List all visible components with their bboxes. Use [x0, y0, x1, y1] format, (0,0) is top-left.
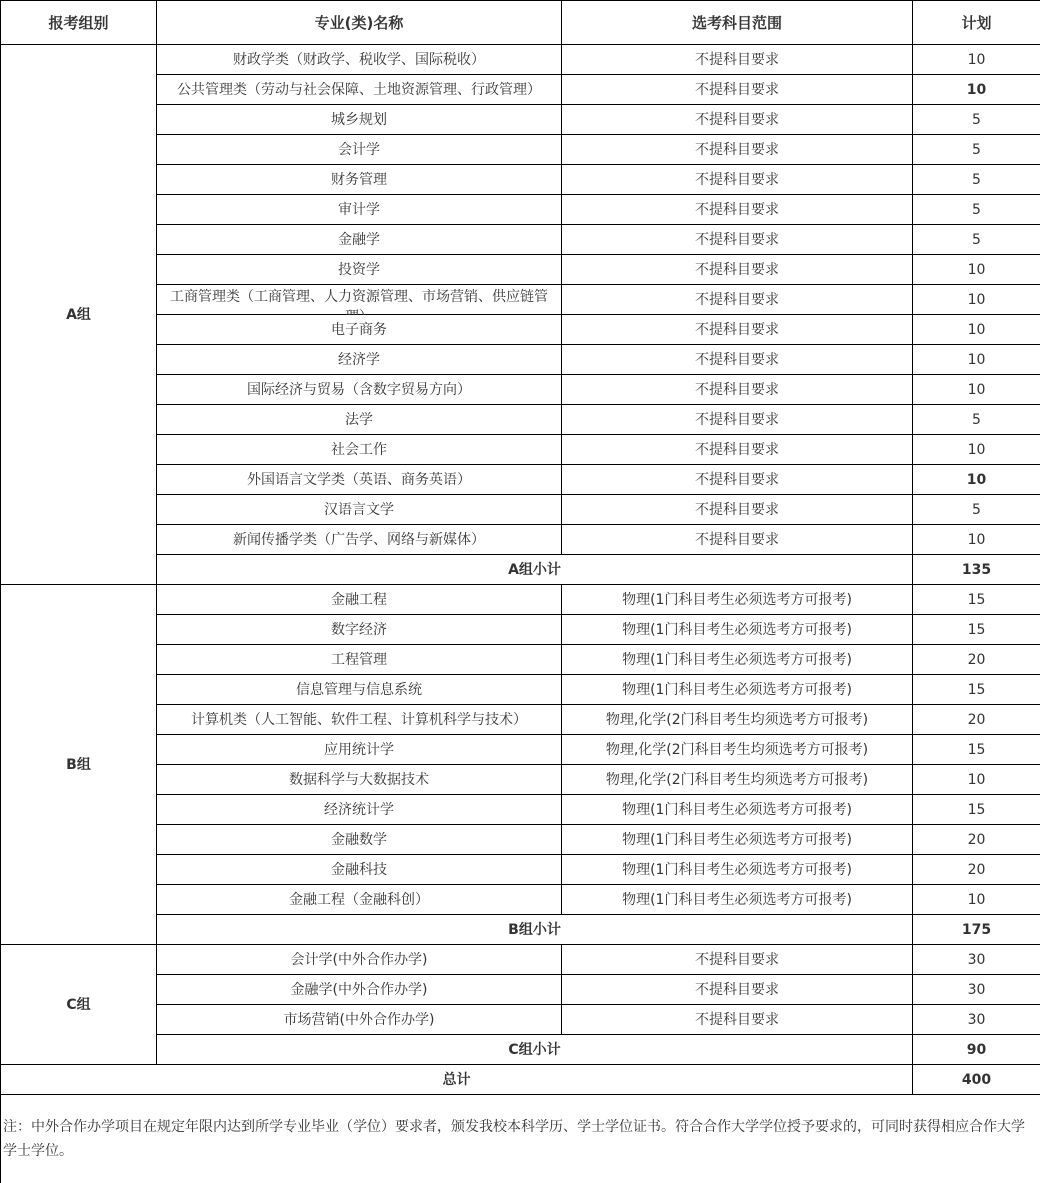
subjects-cell: 不提科目要求 — [562, 495, 913, 525]
plan-cell: 15 — [913, 585, 1040, 615]
subjects-cell: 不提科目要求 — [562, 255, 913, 285]
major-cell: 会计学(中外合作办学) — [157, 945, 562, 975]
plan-cell: 20 — [913, 855, 1040, 885]
subjects-cell: 物理,化学(2门科目考生均须选考方可报考) — [562, 705, 913, 735]
major-cell: 新闻传播学类（广告学、网络与新媒体） — [157, 525, 562, 555]
group-label-b: B组 — [1, 585, 157, 945]
major-cell-overflow: 工商管理类（工商管理、人力资源管理、市场营销、供应链管理） — [157, 285, 562, 315]
subjects-cell: 物理(1门科目考生必须选考方可报考) — [562, 795, 913, 825]
table-row: 计算机类（人工智能、软件工程、计算机科学与技术） 物理,化学(2门科目考生均须选… — [1, 705, 1040, 735]
table-row: 经济学 不提科目要求 10 — [1, 345, 1040, 375]
plan-cell: 5 — [913, 165, 1040, 195]
plan-cell: 30 — [913, 975, 1040, 1005]
major-cell: 汉语言文学 — [157, 495, 562, 525]
subjects-cell: 不提科目要求 — [562, 315, 913, 345]
header-plan: 计划 — [913, 1, 1040, 45]
footnote: 注：中外合作办学项目在规定年限内达到所学专业毕业（学位）要求者，颁发我校本科学历… — [1, 1095, 1040, 1183]
subjects-cell: 物理(1门科目考生必须选考方可报考) — [562, 645, 913, 675]
major-cell: 法学 — [157, 405, 562, 435]
major-cell: 经济统计学 — [157, 795, 562, 825]
major-cell: 计算机类（人工智能、软件工程、计算机科学与技术） — [157, 705, 562, 735]
major-cell: 公共管理类（劳动与社会保障、土地资源管理、行政管理） — [157, 75, 562, 105]
header-subjects: 选考科目范围 — [562, 1, 913, 45]
major-cell: 投资学 — [157, 255, 562, 285]
subjects-cell: 不提科目要求 — [562, 105, 913, 135]
plan-cell: 10 — [913, 285, 1040, 315]
header-row: 报考组别 专业(类)名称 选考科目范围 计划 — [1, 1, 1040, 45]
plan-cell: 10 — [913, 315, 1040, 345]
plan-cell: 15 — [913, 795, 1040, 825]
subjects-cell: 不提科目要求 — [562, 975, 913, 1005]
plan-cell: 20 — [913, 825, 1040, 855]
table-row: A组 财政学类（财政学、税收学、国际税收） 不提科目要求 10 — [1, 45, 1040, 75]
plan-cell: 10 — [913, 255, 1040, 285]
table-row: 投资学 不提科目要求 10 — [1, 255, 1040, 285]
table-row: 金融科技 物理(1门科目考生必须选考方可报考) 20 — [1, 855, 1040, 885]
header-major: 专业(类)名称 — [157, 1, 562, 45]
table-row: 电子商务 不提科目要求 10 — [1, 315, 1040, 345]
table-row: 应用统计学 物理,化学(2门科目考生均须选考方可报考) 15 — [1, 735, 1040, 765]
header-group: 报考组别 — [1, 1, 157, 45]
note-row: 注：中外合作办学项目在规定年限内达到所学专业毕业（学位）要求者，颁发我校本科学历… — [1, 1095, 1040, 1183]
plan-cell: 5 — [913, 105, 1040, 135]
major-cell: 市场营销(中外合作办学) — [157, 1005, 562, 1035]
subtotal-label: B组小计 — [157, 915, 913, 945]
subjects-cell: 不提科目要求 — [562, 75, 913, 105]
enrollment-plan-table: 报考组别 专业(类)名称 选考科目范围 计划 A组 财政学类（财政学、税收学、国… — [0, 0, 1040, 1183]
plan-cell: 5 — [913, 195, 1040, 225]
group-label-a: A组 — [1, 45, 157, 585]
major-cell: 城乡规划 — [157, 105, 562, 135]
table-row: 财务管理 不提科目要求 5 — [1, 165, 1040, 195]
subtotal-row-a: A组小计 135 — [1, 555, 1040, 585]
plan-cell: 10 — [913, 885, 1040, 915]
table-row: 会计学 不提科目要求 5 — [1, 135, 1040, 165]
major-cell: 金融学(中外合作办学) — [157, 975, 562, 1005]
table-row: 国际经济与贸易（含数字贸易方向） 不提科目要求 10 — [1, 375, 1040, 405]
subjects-cell: 不提科目要求 — [562, 405, 913, 435]
subjects-cell: 物理,化学(2门科目考生均须选考方可报考) — [562, 735, 913, 765]
plan-cell: 10 — [913, 75, 1040, 105]
subtotal-row-b: B组小计 175 — [1, 915, 1040, 945]
plan-cell: 15 — [913, 735, 1040, 765]
total-label: 总计 — [1, 1065, 913, 1095]
subjects-cell: 不提科目要求 — [562, 345, 913, 375]
subtotal-label: C组小计 — [157, 1035, 913, 1065]
major-cell: 信息管理与信息系统 — [157, 675, 562, 705]
subtotal-value: 90 — [913, 1035, 1040, 1065]
subjects-cell: 不提科目要求 — [562, 945, 913, 975]
subjects-cell: 不提科目要求 — [562, 45, 913, 75]
major-cell: 审计学 — [157, 195, 562, 225]
table-row: 审计学 不提科目要求 5 — [1, 195, 1040, 225]
major-cell: 外国语言文学类（英语、商务英语） — [157, 465, 562, 495]
table-row: 金融数学 物理(1门科目考生必须选考方可报考) 20 — [1, 825, 1040, 855]
table-row: 工商管理类（工商管理、人力资源管理、市场营销、供应链管理） 不提科目要求 10 — [1, 285, 1040, 315]
table-row: 数据科学与大数据技术 物理,化学(2门科目考生均须选考方可报考) 10 — [1, 765, 1040, 795]
plan-cell: 5 — [913, 225, 1040, 255]
plan-cell: 20 — [913, 705, 1040, 735]
major-cell: 经济学 — [157, 345, 562, 375]
plan-cell: 20 — [913, 645, 1040, 675]
subjects-cell: 物理(1门科目考生必须选考方可报考) — [562, 615, 913, 645]
subjects-cell: 不提科目要求 — [562, 1005, 913, 1035]
plan-cell: 30 — [913, 945, 1040, 975]
table-row: 社会工作 不提科目要求 10 — [1, 435, 1040, 465]
total-row: 总计 400 — [1, 1065, 1040, 1095]
subjects-cell: 物理,化学(2门科目考生均须选考方可报考) — [562, 765, 913, 795]
subjects-cell: 不提科目要求 — [562, 165, 913, 195]
subjects-cell: 物理(1门科目考生必须选考方可报考) — [562, 825, 913, 855]
plan-cell: 10 — [913, 375, 1040, 405]
table-row: 金融学(中外合作办学) 不提科目要求 30 — [1, 975, 1040, 1005]
subtotal-label: A组小计 — [157, 555, 913, 585]
major-cell: 金融工程（金融科创） — [157, 885, 562, 915]
table-row: C组 会计学(中外合作办学) 不提科目要求 30 — [1, 945, 1040, 975]
table-row: 金融学 不提科目要求 5 — [1, 225, 1040, 255]
table-row: 外国语言文学类（英语、商务英语） 不提科目要求 10 — [1, 465, 1040, 495]
subjects-cell: 不提科目要求 — [562, 435, 913, 465]
major-cell: 金融科技 — [157, 855, 562, 885]
table-row: 金融工程（金融科创） 物理(1门科目考生必须选考方可报考) 10 — [1, 885, 1040, 915]
subjects-cell: 不提科目要求 — [562, 195, 913, 225]
plan-cell: 10 — [913, 765, 1040, 795]
major-cell: 应用统计学 — [157, 735, 562, 765]
table-row: B组 金融工程 物理(1门科目考生必须选考方可报考) 15 — [1, 585, 1040, 615]
table-row: 法学 不提科目要求 5 — [1, 405, 1040, 435]
table-row: 工程管理 物理(1门科目考生必须选考方可报考) 20 — [1, 645, 1040, 675]
plan-cell: 10 — [913, 435, 1040, 465]
plan-cell: 10 — [913, 465, 1040, 495]
plan-cell: 5 — [913, 135, 1040, 165]
major-cell: 工程管理 — [157, 645, 562, 675]
total-value: 400 — [913, 1065, 1040, 1095]
plan-cell: 10 — [913, 345, 1040, 375]
major-cell: 会计学 — [157, 135, 562, 165]
subjects-cell: 物理(1门科目考生必须选考方可报考) — [562, 855, 913, 885]
major-cell: 数据科学与大数据技术 — [157, 765, 562, 795]
major-cell: 财务管理 — [157, 165, 562, 195]
table-row: 数字经济 物理(1门科目考生必须选考方可报考) 15 — [1, 615, 1040, 645]
major-cell: 金融工程 — [157, 585, 562, 615]
table-row: 汉语言文学 不提科目要求 5 — [1, 495, 1040, 525]
major-cell: 金融学 — [157, 225, 562, 255]
plan-cell: 15 — [913, 615, 1040, 645]
plan-cell: 15 — [913, 675, 1040, 705]
plan-cell: 30 — [913, 1005, 1040, 1035]
subtotal-value: 175 — [913, 915, 1040, 945]
subjects-cell: 不提科目要求 — [562, 525, 913, 555]
major-cell: 数字经济 — [157, 615, 562, 645]
major-cell: 金融数学 — [157, 825, 562, 855]
subjects-cell: 不提科目要求 — [562, 135, 913, 165]
plan-cell: 10 — [913, 525, 1040, 555]
table-row: 信息管理与信息系统 物理(1门科目考生必须选考方可报考) 15 — [1, 675, 1040, 705]
table-row: 经济统计学 物理(1门科目考生必须选考方可报考) 15 — [1, 795, 1040, 825]
group-label-c: C组 — [1, 945, 157, 1065]
table-row: 市场营销(中外合作办学) 不提科目要求 30 — [1, 1005, 1040, 1035]
plan-cell: 5 — [913, 495, 1040, 525]
subjects-cell: 不提科目要求 — [562, 285, 913, 315]
subjects-cell: 物理(1门科目考生必须选考方可报考) — [562, 885, 913, 915]
subjects-cell: 物理(1门科目考生必须选考方可报考) — [562, 675, 913, 705]
subjects-cell: 不提科目要求 — [562, 375, 913, 405]
subtotal-value: 135 — [913, 555, 1040, 585]
table-row: 公共管理类（劳动与社会保障、土地资源管理、行政管理） 不提科目要求 10 — [1, 75, 1040, 105]
major-cell: 社会工作 — [157, 435, 562, 465]
table-row: 新闻传播学类（广告学、网络与新媒体） 不提科目要求 10 — [1, 525, 1040, 555]
table-row: 城乡规划 不提科目要求 5 — [1, 105, 1040, 135]
plan-cell: 10 — [913, 45, 1040, 75]
subjects-cell: 不提科目要求 — [562, 465, 913, 495]
subtotal-row-c: C组小计 90 — [1, 1035, 1040, 1065]
major-cell: 电子商务 — [157, 315, 562, 345]
subjects-cell: 物理(1门科目考生必须选考方可报考) — [562, 585, 913, 615]
plan-cell: 5 — [913, 405, 1040, 435]
subjects-cell: 不提科目要求 — [562, 225, 913, 255]
major-cell: 国际经济与贸易（含数字贸易方向） — [157, 375, 562, 405]
major-cell: 财政学类（财政学、税收学、国际税收） — [157, 45, 562, 75]
table-body: A组 财政学类（财政学、税收学、国际税收） 不提科目要求 10 公共管理类（劳动… — [1, 45, 1040, 1183]
